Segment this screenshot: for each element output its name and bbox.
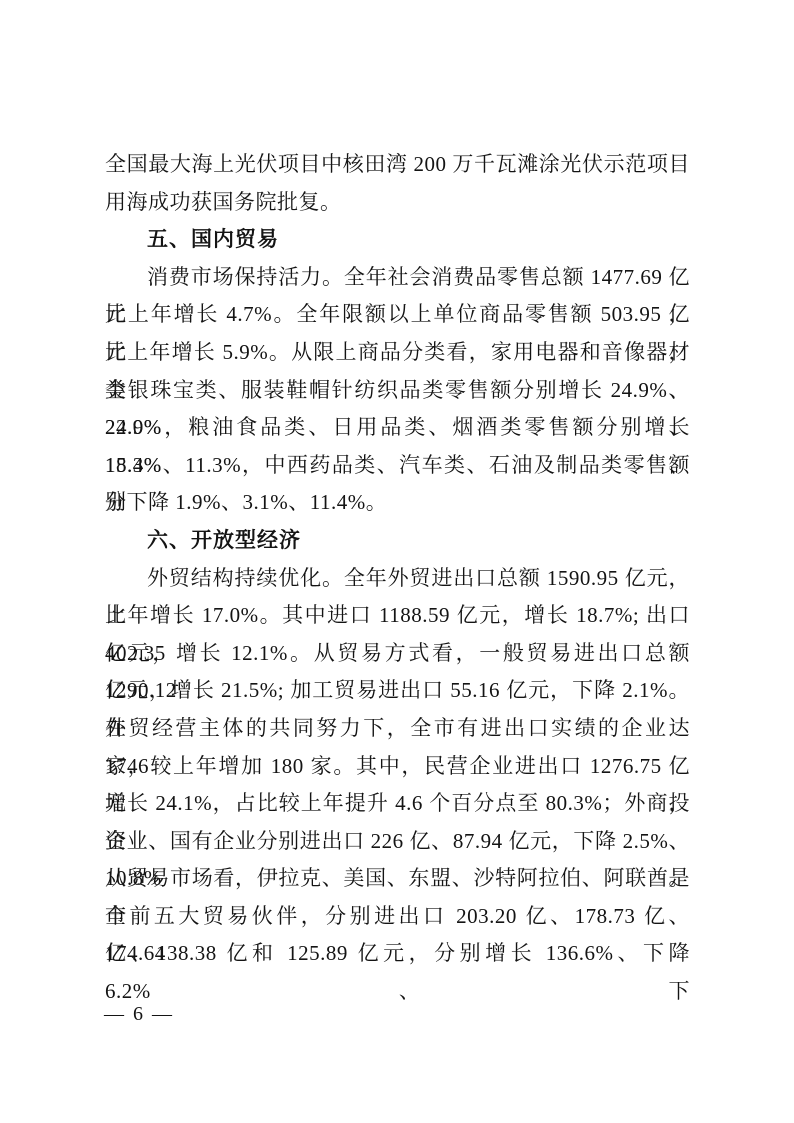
- text-line: 外贸结构持续优化。全年外贸进出口总额 1590.95 亿元，比: [105, 560, 690, 598]
- text-line: 家，较上年增加 180 家。其中，民营企业进出口 1276.75 亿元，: [105, 748, 690, 786]
- text-line: 15.4%、11.3%，中西药品类、汽车类、石油及制品类零售额分: [105, 447, 690, 485]
- text-line: 比上年增长 4.7%。全年限额以上单位商品零售额 503.95 亿元，: [105, 296, 690, 334]
- text-line: 外贸经营主体的共同努力下，全市有进出口实绩的企业达 1746: [105, 710, 690, 748]
- text-line: 上年增长 17.0%。其中进口 1188.59 亿元，增长 18.7%; 出口 …: [105, 597, 690, 635]
- section-heading-domestic-trade: 五、国内贸易: [105, 221, 690, 259]
- text-line: 亿元，增长 12.1%。从贸易方式看，一般贸易进出口总额 1290.12: [105, 635, 690, 673]
- text-line: 用海成功获国务院批复。: [105, 184, 690, 222]
- document-body: 全国最大海上光伏项目中核田湾 200 万千瓦滩涂光伏示范项目 用海成功获国务院批…: [105, 146, 690, 973]
- text-line: 金银珠宝类、服装鞋帽针纺织品类零售额分别增长 24.9%、24.9%、: [105, 372, 690, 410]
- page-number: — 6 —: [104, 1003, 174, 1026]
- text-line: 22.0%，粮油食品类、日用品类、烟酒类零售额分别增长 18.3%、: [105, 409, 690, 447]
- text-line: 市前五大贸易伙伴，分别进出口 203.20 亿、178.73 亿、174.64: [105, 898, 690, 936]
- text-line: 别下降 1.9%、3.1%、11.4%。: [105, 484, 690, 522]
- text-line: 消费市场保持活力。全年社会消费品零售总额 1477.69 亿元，: [105, 259, 690, 297]
- text-line: 增长 24.1%，占比较上年提升 4.6 个百分点至 80.3%；外商投资: [105, 785, 690, 823]
- text-line: 企业、国有企业分别进出口 226 亿、87.94 亿元，下降 2.5%、10.8…: [105, 823, 690, 861]
- text-line: 从贸易市场看，伊拉克、美国、东盟、沙特阿拉伯、阿联酋是全: [105, 860, 690, 898]
- document-page: 全国最大海上光伏项目中核田湾 200 万千瓦滩涂光伏示范项目 用海成功获国务院批…: [0, 0, 794, 1123]
- text-line: 亿、138.38 亿和 125.89 亿元，分别增长 136.6%、下降 6.2…: [105, 935, 690, 973]
- text-line: 亿元，增长 21.5%; 加工贸易进出口 55.16 亿元，下降 2.1%。在: [105, 672, 690, 710]
- text-line: 比上年增长 5.9%。从限上商品分类看，家用电器和音像器材类、: [105, 334, 690, 372]
- section-heading-open-economy: 六、开放型经济: [105, 522, 690, 560]
- text-line: 全国最大海上光伏项目中核田湾 200 万千瓦滩涂光伏示范项目: [105, 146, 690, 184]
